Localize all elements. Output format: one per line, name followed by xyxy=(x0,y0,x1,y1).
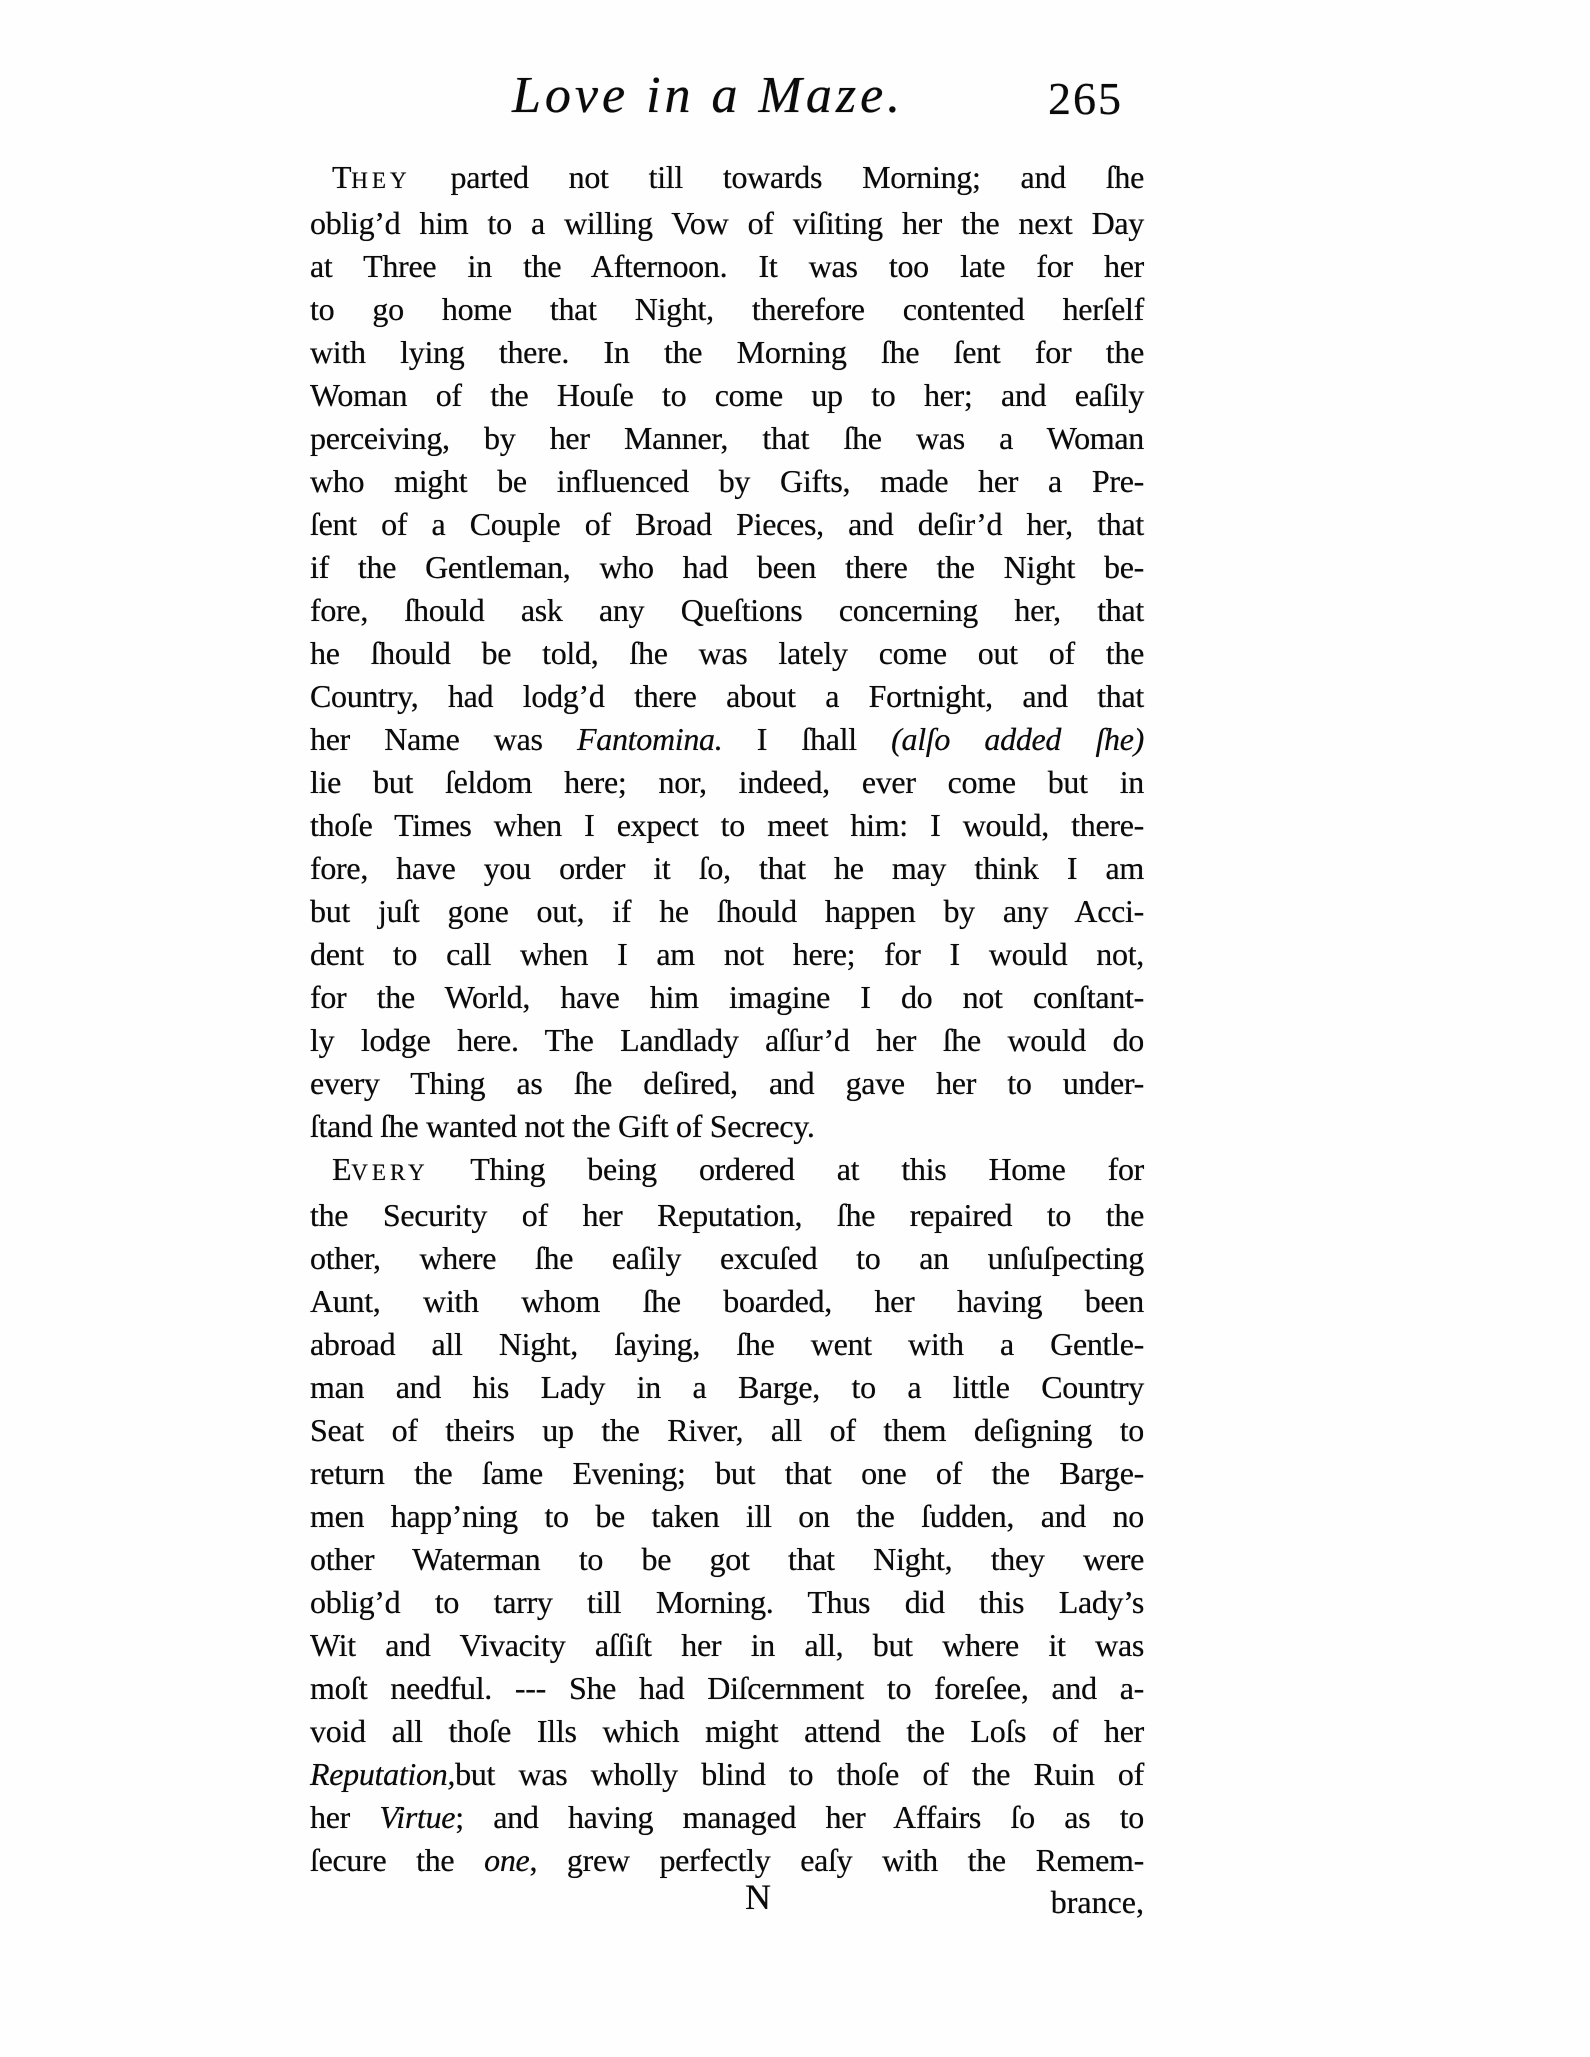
text-segment: ſtand ſhe wanted not the Gift of Secrecy… xyxy=(310,1108,815,1144)
running-title: Love in a Maze. xyxy=(512,66,904,125)
text-segment: other Waterman to be got that Night, the… xyxy=(310,1541,1144,1577)
text-line: at Three in the Afternoon. It was too la… xyxy=(310,245,1144,288)
text-segment: void all thoſe Ills which might attend t… xyxy=(310,1713,1144,1749)
text-segment: every Thing as ſhe deſired, and gave her… xyxy=(310,1065,1144,1101)
text-segment: her xyxy=(310,1799,379,1835)
text-segment: Seat of theirs up the River, all of them… xyxy=(310,1412,1144,1448)
page-number: 265 xyxy=(1048,72,1123,125)
text-segment: parted not till towards Morning; and ſhe xyxy=(411,159,1144,195)
text-line: dent to call when I am not here; for I w… xyxy=(310,933,1144,976)
text-segment: ; and having managed her Affairs ſo as t… xyxy=(455,1799,1144,1835)
text-segment: VERY xyxy=(351,1159,428,1185)
text-segment: thoſe Times when I expect to meet him: I… xyxy=(310,807,1144,843)
text-segment: Reputation, xyxy=(310,1756,455,1792)
text-segment: he ſhould be told, ſhe was lately come o… xyxy=(310,635,1144,671)
text-segment: E xyxy=(332,1151,351,1187)
book-page: Love in a Maze. 265 THEY parted not till… xyxy=(0,0,1590,2057)
text-segment: but was wholly blind to thoſe of the Rui… xyxy=(455,1756,1144,1792)
text-line: who might be influenced by Gifts, made h… xyxy=(310,460,1144,503)
text-line: Wit and Vivacity aſſiſt her in all, but … xyxy=(310,1624,1144,1667)
text-segment: fore, have you order it ſo, that he may … xyxy=(310,850,1144,886)
text-segment: ly lodge here. The Landlady aſſur’d her … xyxy=(310,1022,1144,1058)
text-segment: with lying there. In the Morning ſhe ſen… xyxy=(310,334,1144,370)
text-line: Country, had lodg’d there about a Fortni… xyxy=(310,675,1144,718)
page-footer: N brance, xyxy=(310,1876,1144,1936)
text-line: Seat of theirs up the River, all of them… xyxy=(310,1409,1144,1452)
text-segment: I ſhall xyxy=(722,721,891,757)
text-line: void all thoſe Ills which might attend t… xyxy=(310,1710,1144,1753)
text-segment: moſt needful. --- She had Diſcernment to… xyxy=(310,1670,1144,1706)
text-line: ſtand ſhe wanted not the Gift of Secrecy… xyxy=(310,1105,1144,1148)
text-line: her Virtue; and having managed her Affai… xyxy=(310,1796,1144,1839)
text-segment: her Name was xyxy=(310,721,577,757)
text-segment: other, where ſhe eaſily excuſed to an un… xyxy=(310,1240,1144,1276)
text-line: ly lodge here. The Landlady aſſur’d her … xyxy=(310,1019,1144,1062)
text-line: fore, have you order it ſo, that he may … xyxy=(310,847,1144,890)
text-segment: one xyxy=(484,1842,529,1878)
text-segment: T xyxy=(332,159,351,195)
text-line: Aunt, with whom ſhe boarded, her having … xyxy=(310,1280,1144,1323)
text-segment: to go home that Night, therefore content… xyxy=(310,291,1144,327)
text-line: abroad all Night, ſaying, ſhe went with … xyxy=(310,1323,1144,1366)
text-segment: for the World, have him imagine I do not… xyxy=(310,979,1144,1015)
text-line: other Waterman to be got that Night, the… xyxy=(310,1538,1144,1581)
text-segment: dent to call when I am not here; for I w… xyxy=(310,936,1144,972)
text-line: thoſe Times when I expect to meet him: I… xyxy=(310,804,1144,847)
text-line: every Thing as ſhe deſired, and gave her… xyxy=(310,1062,1144,1105)
text-segment: who might be influenced by Gifts, made h… xyxy=(310,463,1144,499)
text-segment: Aunt, with whom ſhe boarded, her having … xyxy=(310,1283,1144,1319)
text-line: THEY parted not till towards Morning; an… xyxy=(310,156,1144,202)
text-segment: man and his Lady in a Barge, to a little… xyxy=(310,1369,1144,1405)
text-line: man and his Lady in a Barge, to a little… xyxy=(310,1366,1144,1409)
text-line: to go home that Night, therefore content… xyxy=(310,288,1144,331)
text-segment: (alſo added ſhe) xyxy=(891,721,1144,757)
text-segment: Fantomina. xyxy=(577,721,722,757)
text-segment: if the Gentleman, who had been there the… xyxy=(310,549,1144,585)
text-segment: fore, ſhould ask any Queſtions concernin… xyxy=(310,592,1144,628)
text-line: but juſt gone out, if he ſhould happen b… xyxy=(310,890,1144,933)
catchword: brance, xyxy=(1051,1884,1144,1921)
text-line: ſent of a Couple of Broad Pieces, and de… xyxy=(310,503,1144,546)
text-line: fore, ſhould ask any Queſtions concernin… xyxy=(310,589,1144,632)
text-segment: oblig’d to tarry till Morning. Thus did … xyxy=(310,1584,1144,1620)
text-line: return the ſame Evening; but that one of… xyxy=(310,1452,1144,1495)
text-segment: , grew perfectly eaſy with the Remem- xyxy=(529,1842,1144,1878)
text-segment: the Security of her Reputation, ſhe repa… xyxy=(310,1197,1144,1233)
text-segment: HEY xyxy=(351,167,410,193)
text-segment: Thing being ordered at this Home for xyxy=(429,1151,1144,1187)
text-segment: abroad all Night, ſaying, ſhe went with … xyxy=(310,1326,1144,1362)
text-line: perceiving, by her Manner, that ſhe was … xyxy=(310,417,1144,460)
text-segment: Country, had lodg’d there about a Fortni… xyxy=(310,678,1144,714)
text-segment: men happ’ning to be taken ill on the ſud… xyxy=(310,1498,1144,1534)
signature-mark: N xyxy=(745,1876,771,1918)
text-line: he ſhould be told, ſhe was lately come o… xyxy=(310,632,1144,675)
text-line: her Name was Fantomina. I ſhall (alſo ad… xyxy=(310,718,1144,761)
text-segment: lie but ſeldom here; nor, indeed, ever c… xyxy=(310,764,1144,800)
text-segment: oblig’d him to a willing Vow of viſiting… xyxy=(310,205,1144,241)
text-segment: ſecure the xyxy=(310,1842,484,1878)
text-line: the Security of her Reputation, ſhe repa… xyxy=(310,1194,1144,1237)
text-segment: Virtue xyxy=(379,1799,455,1835)
text-line: if the Gentleman, who had been there the… xyxy=(310,546,1144,589)
text-line: oblig’d him to a willing Vow of viſiting… xyxy=(310,202,1144,245)
text-segment: perceiving, by her Manner, that ſhe was … xyxy=(310,420,1144,456)
text-line: men happ’ning to be taken ill on the ſud… xyxy=(310,1495,1144,1538)
page-text: THEY parted not till towards Morning; an… xyxy=(310,156,1144,1882)
text-segment: return the ſame Evening; but that one of… xyxy=(310,1455,1144,1491)
text-line: lie but ſeldom here; nor, indeed, ever c… xyxy=(310,761,1144,804)
text-line: with lying there. In the Morning ſhe ſen… xyxy=(310,331,1144,374)
text-segment: at Three in the Afternoon. It was too la… xyxy=(310,248,1144,284)
text-segment: Woman of the Houſe to come up to her; an… xyxy=(310,377,1144,413)
text-line: other, where ſhe eaſily excuſed to an un… xyxy=(310,1237,1144,1280)
text-line: moſt needful. --- She had Diſcernment to… xyxy=(310,1667,1144,1710)
text-segment: ſent of a Couple of Broad Pieces, and de… xyxy=(310,506,1144,542)
text-segment: but juſt gone out, if he ſhould happen b… xyxy=(310,893,1144,929)
text-line: Reputation,but was wholly blind to thoſe… xyxy=(310,1753,1144,1796)
text-line: EVERY Thing being ordered at this Home f… xyxy=(310,1148,1144,1194)
text-line: for the World, have him imagine I do not… xyxy=(310,976,1144,1019)
text-line: Woman of the Houſe to come up to her; an… xyxy=(310,374,1144,417)
text-segment: Wit and Vivacity aſſiſt her in all, but … xyxy=(310,1627,1144,1663)
text-line: oblig’d to tarry till Morning. Thus did … xyxy=(310,1581,1144,1624)
